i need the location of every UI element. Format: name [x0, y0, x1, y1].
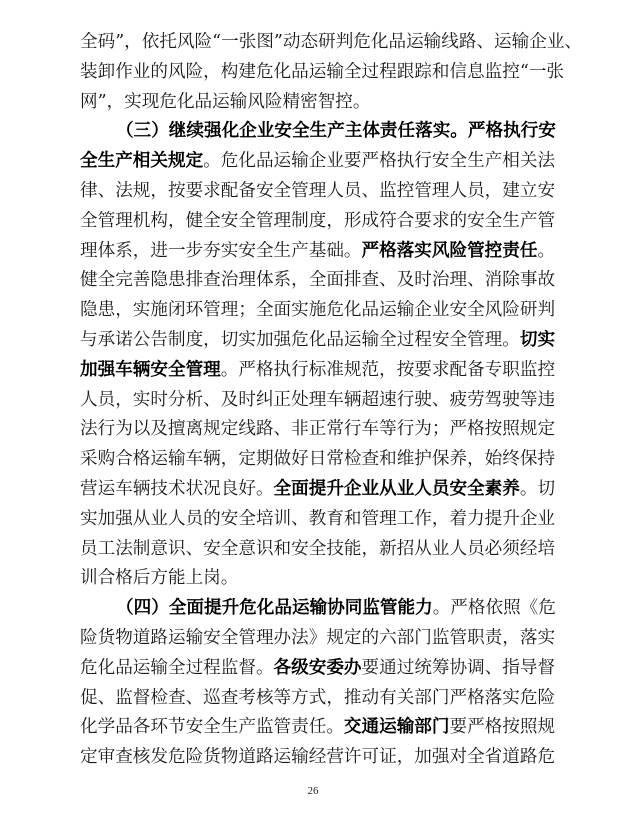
text-line: 加强车辆安全管理。严格执行标准规范，按要求配备专职监控: [80, 356, 548, 386]
text-line: 定审查核发危险货物道路运输经营许可证，加强对全省道路危: [80, 743, 548, 773]
body-text-run: 健全完善隐患排查治理体系，全面排查、及时治理、消除事故: [80, 270, 555, 290]
text-line: 人员，实时分析、及时纠正处理车辆超速行驶、疲劳驾驶等违: [80, 386, 548, 416]
body-text-run: 与承诺公告制度，切实加强危化品运输全过程安全管理。: [80, 330, 520, 350]
body-text-run: 全码”，依托风险“一张图”动态研判危化品运输线路、运输企业、: [80, 32, 582, 52]
bold-heading-text: 交通运输部门: [344, 717, 450, 737]
text-line: 全管理机构，健全安全管理制度，形成符合要求的安全生产管: [80, 207, 548, 237]
body-text-run: 要通过统筹协调、指导督: [362, 658, 556, 678]
document-page: 全码”，依托风险“一张图”动态研判危化品运输线路、运输企业、装卸作业的风险，构建…: [0, 0, 626, 829]
body-text-run: 。严格依照《危: [433, 598, 556, 618]
body-text-run: 训合格后方能上岗。: [80, 568, 238, 588]
body-text-run: 装卸作业的风险，构建危化品运输全过程跟踪和信息监控“一张: [80, 62, 564, 82]
text-line: 员工法制意识、安全意识和安全技能，新招从业人员必须经培: [80, 535, 548, 565]
body-text-run: 危化品运输全过程监督。: [80, 658, 274, 678]
body-text-run: 律、法规，按要求配备安全管理人员、监控管理人员，建立安: [80, 181, 555, 201]
bold-heading-text: 加强车辆安全管理: [80, 360, 221, 380]
body-text-run: 理体系，进一步夯实安全生产基础。: [80, 241, 362, 261]
text-line: 险货物道路运输安全管理办法》规定的六部门监管职责，落实: [80, 624, 548, 654]
body-text-run: 全管理机构，健全安全管理制度，形成符合要求的安全生产管: [80, 211, 555, 231]
body-text-run: 。严格执行标准规范，按要求配备专职监控: [221, 360, 555, 380]
text-line: 装卸作业的风险，构建危化品运输全过程跟踪和信息监控“一张: [80, 58, 548, 88]
body-text-run: 采购合格运输车辆，定期做好日常检查和维护保养，始终保持: [80, 449, 555, 469]
text-line: 网”，实现危化品运输风险精密智控。: [80, 88, 548, 118]
body-text-run: 化学品各环节安全生产监管责任。: [80, 717, 344, 737]
text-line: 理体系，进一步夯实安全生产基础。严格落实风险管控责任。: [80, 237, 548, 267]
bold-heading-text: 各级安委办: [274, 658, 362, 678]
text-line: （四）全面提升危化品运输协同监管能力。严格依照《危: [80, 594, 548, 624]
bold-heading-text: 严格落实风险管控责任: [362, 241, 538, 261]
body-text-run: 。切: [520, 479, 555, 499]
body-text-run: 险货物道路运输安全管理办法》规定的六部门监管职责，落实: [80, 628, 555, 648]
body-text-run: 要严格按照规: [450, 717, 556, 737]
text-line: 健全完善隐患排查治理体系，全面排查、及时治理、消除事故: [80, 266, 548, 296]
text-line: 法行为以及擅离规定线路、非正常行车等行为；严格按照规定: [80, 415, 548, 445]
text-line: 实加强从业人员的安全培训、教育和管理工作，着力提升企业: [80, 505, 548, 535]
body-text-run: 法行为以及擅离规定线路、非正常行车等行为；严格按照规定: [80, 419, 555, 439]
text-line: 化学品各环节安全生产监管责任。交通运输部门要严格按照规: [80, 713, 548, 743]
text-line: 律、法规，按要求配备安全管理人员、监控管理人员，建立安: [80, 177, 548, 207]
text-line: 全码”，依托风险“一张图”动态研判危化品运输线路、运输企业、: [80, 28, 548, 58]
body-text-run: 隐患，实施闭环管理；全面实施危化品运输企业安全风险研判: [80, 300, 555, 320]
text-line: 营运车辆技术状况良好。全面提升企业从业人员安全素养。切: [80, 475, 548, 505]
text-line: 训合格后方能上岗。: [80, 564, 548, 594]
text-line: 与承诺公告制度，切实加强危化品运输全过程安全管理。切实: [80, 326, 548, 356]
body-text-run: 员工法制意识、安全意识和安全技能，新招从业人员必须经培: [80, 539, 555, 559]
text-line: 隐患，实施闭环管理；全面实施危化品运输企业安全风险研判: [80, 296, 548, 326]
body-text-run: 定审查核发危险货物道路运输经营许可证，加强对全省道路危: [80, 747, 555, 767]
body-text-run: 营运车辆技术状况良好。: [80, 479, 274, 499]
body-text-run: 促、监督检查、巡查考核等方式，推动有关部门严格落实危险: [80, 688, 555, 708]
text-line: 采购合格运输车辆，定期做好日常检查和维护保养，始终保持: [80, 445, 548, 475]
body-text-run: 网”，实现危化品运输风险精密智控。: [80, 92, 371, 112]
text-line: （三）继续强化企业安全生产主体责任落实。严格执行安: [80, 117, 548, 147]
bold-heading-text: 切实: [520, 330, 555, 350]
body-text-run: 。: [537, 241, 555, 261]
text-line: 危化品运输全过程监督。各级安委办要通过统筹协调、指导督: [80, 654, 548, 684]
bold-heading-text: （三）继续强化企业安全生产主体责任落实。严格执行安: [116, 121, 556, 141]
page-number: 26: [0, 785, 626, 797]
body-text-run: 人员，实时分析、及时纠正处理车辆超速行驶、疲劳驾驶等违: [80, 390, 555, 410]
bold-heading-text: （四）全面提升危化品运输协同监管能力: [116, 598, 433, 618]
body-text-run: 。危化品运输企业要严格执行安全生产相关法: [203, 151, 555, 171]
text-line: 促、监督检查、巡查考核等方式，推动有关部门严格落实危险: [80, 684, 548, 714]
bold-heading-text: 全面提升企业从业人员安全素养: [274, 479, 520, 499]
text-line: 全生产相关规定。危化品运输企业要严格执行安全生产相关法: [80, 147, 548, 177]
bold-heading-text: 全生产相关规定: [80, 151, 203, 171]
body-text-run: 实加强从业人员的安全培训、教育和管理工作，着力提升企业: [80, 509, 555, 529]
body-text: 全码”，依托风险“一张图”动态研判危化品运输线路、运输企业、装卸作业的风险，构建…: [80, 28, 548, 773]
